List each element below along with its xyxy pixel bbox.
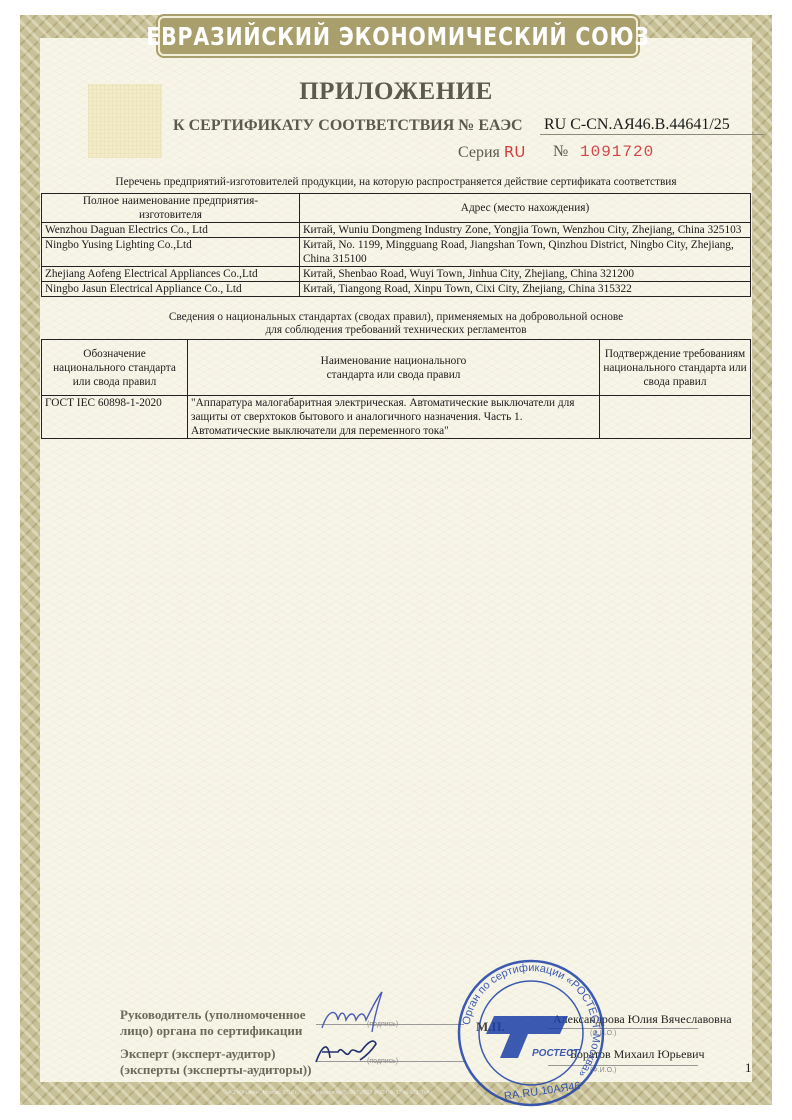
manufacturer-address: Китай, No. 1199, Mingguang Road, Jiangsh… <box>300 238 751 267</box>
column-header: Адрес (место нахождения) <box>300 194 751 223</box>
manufacturer-address: Китай, Tiangong Road, Xinpu Town, Cixi C… <box>300 282 751 297</box>
table-row: Zhejiang Aofeng Electrical Appliances Co… <box>42 267 751 282</box>
manufacturer-name: Ningbo Yusing Lighting Co.,Ltd <box>42 238 300 267</box>
page-number: 1 <box>745 1060 752 1076</box>
stamp-brand: РОСТЕСТ <box>532 1048 580 1059</box>
manufacturer-name: Zhejiang Aofeng Electrical Appliances Co… <box>42 267 300 282</box>
table-row: ГОСТ IEC 60898-1-2020"Аппаратура малогаб… <box>42 396 751 439</box>
manufacturers-caption: Перечень предприятий-изготовителей проду… <box>0 176 792 188</box>
serial-number: 1091720 <box>580 143 654 161</box>
standards-table: Обозначение национального стандарта или … <box>41 339 751 439</box>
expert-label: Эксперт (эксперт-аудитор) (эксперты (экс… <box>120 1046 311 1078</box>
standard-designation: ГОСТ IEC 60898-1-2020 <box>42 396 188 439</box>
manufacturer-name: Wenzhou Daguan Electrics Co., Ltd <box>42 223 300 238</box>
series-value: RU <box>504 143 525 161</box>
manufacturer-address: Китай, Shenbao Road, Wuyi Town, Jinhua C… <box>300 267 751 282</box>
serial-label: № <box>553 143 568 161</box>
head-label: Руководитель (уполномоченное лицо) орган… <box>120 1007 306 1039</box>
column-header: Подтверждение требованиям национального … <box>600 340 751 396</box>
expert-signature <box>312 1036 382 1066</box>
table-row: Wenzhou Daguan Electrics Co., LtdКитай, … <box>42 223 751 238</box>
table-header-row: Полное наименование предприятия-изготови… <box>42 194 751 223</box>
manufacturer-name: Ningbo Jasun Electrical Appliance Co., L… <box>42 282 300 297</box>
certification-stamp: Орган по сертификации «РОСТЕСТ-Москва» Р… <box>456 958 606 1108</box>
union-banner: ЕВРАЗИЙСКИЙ ЭКОНОМИЧЕСКИЙ СОЮЗ <box>158 16 638 56</box>
column-header: Обозначение национального стандарта или … <box>42 340 188 396</box>
union-banner-text: ЕВРАЗИЙСКИЙ ЭКОНОМИЧЕСКИЙ СОЮЗ <box>146 22 650 51</box>
printer-imprint: АО «Опцион», Москва, 2019 г., «Б», Лицен… <box>228 1090 432 1096</box>
standard-confirmation <box>600 396 751 439</box>
series-label: Серия <box>458 144 500 161</box>
column-header: Полное наименование предприятия-изготови… <box>42 194 300 223</box>
standards-caption-line1: Сведения о национальных стандартах (свод… <box>0 311 792 323</box>
table-header-row: Обозначение национального стандарта или … <box>42 340 751 396</box>
page-title: ПРИЛОЖЕНИЕ <box>0 78 792 106</box>
certificate-label: К СЕРТИФИКАТУ СООТВЕТСТВИЯ № ЕАЭС <box>173 117 523 135</box>
standards-caption-line2: для соблюдения требований технических ре… <box>0 324 792 336</box>
manufacturer-address: Китай, Wuniu Dongmeng Industry Zone, Yon… <box>300 223 751 238</box>
head-signature <box>318 990 388 1035</box>
table-row: Ningbo Jasun Electrical Appliance Co., L… <box>42 282 751 297</box>
table-row: Ningbo Yusing Lighting Co.,LtdКитай, No.… <box>42 238 751 267</box>
standard-name: "Аппаратура малогабаритная электрическая… <box>188 396 600 439</box>
column-header: Наименование национального стандарта или… <box>188 340 600 396</box>
series-line: Серия RU <box>458 143 525 162</box>
manufacturers-table: Полное наименование предприятия-изготови… <box>41 193 751 297</box>
certificate-number: RU C-CN.АЯ46.В.44641/25 <box>540 116 764 135</box>
